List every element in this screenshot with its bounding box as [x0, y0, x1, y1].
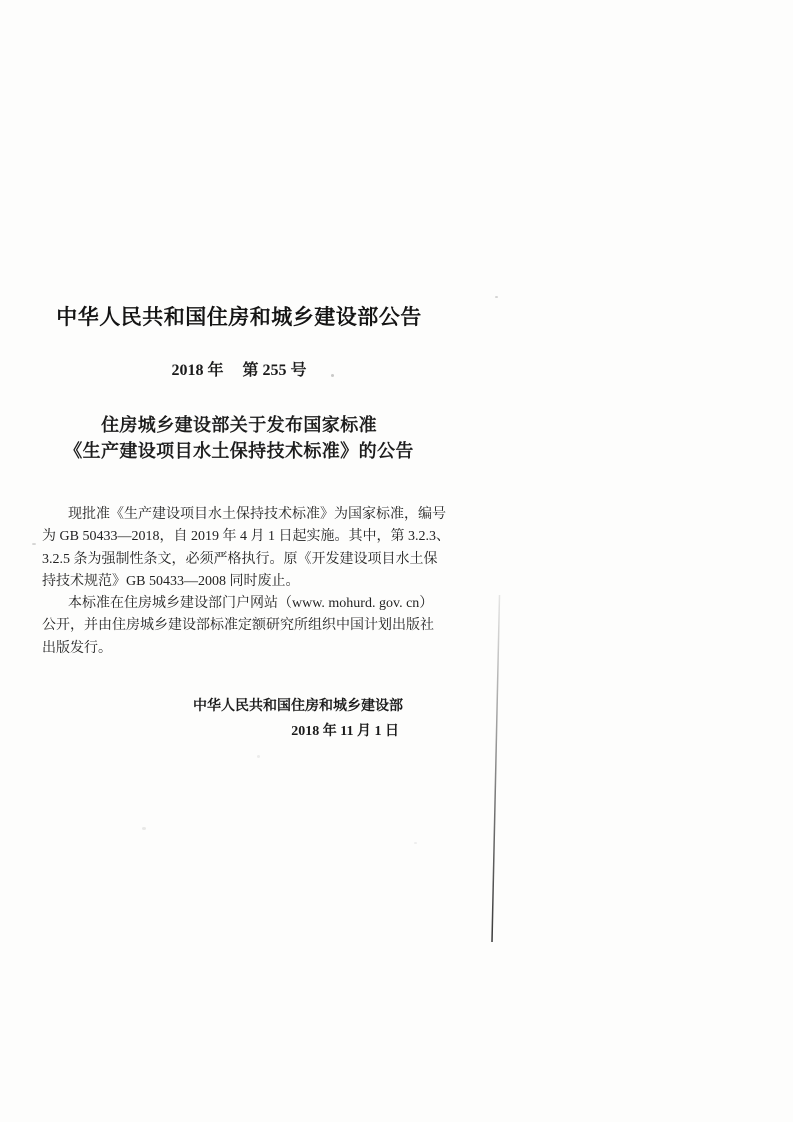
- body-line-6: 公开，并由住房城乡建设部标准定额研究所组织中国计划出版社: [42, 615, 436, 637]
- body-line-7: 出版发行。: [42, 638, 436, 660]
- notice-body: 现批准《生产建设项目水土保持技术标准》为国家标准，编号 为 GB 50433—2…: [42, 504, 436, 660]
- signature-block: 中华人民共和国住房和城乡建设部 2018 年 11 月 1 日: [42, 694, 403, 744]
- announcement-title: 中华人民共和国住房和城乡建设部公告: [42, 301, 436, 331]
- body-line-2: 为 GB 50433—2018，自 2019 年 4 月 1 日起实施。其中，第…: [42, 526, 436, 548]
- signing-authority: 中华人民共和国住房和城乡建设部: [42, 694, 403, 719]
- document-content-column: 中华人民共和国住房和城乡建设部公告 2018 年 第 255 号 住房城乡建设部…: [42, 0, 436, 1122]
- notice-subtitle-line-1: 住房城乡建设部关于发布国家标准: [42, 412, 436, 438]
- announcement-year: 2018 年: [171, 357, 223, 380]
- body-line-3: 3.2.5 条为强制性条文，必须严格执行。原《开发建设项目水土保: [42, 549, 436, 571]
- notice-subtitle-line-2: 《生产建设项目水土保持技术标准》的公告: [42, 438, 436, 464]
- scan-speck: [495, 296, 498, 298]
- scan-speck: [32, 543, 36, 545]
- scan-speck: [331, 374, 334, 377]
- notice-subtitle: 住房城乡建设部关于发布国家标准 《生产建设项目水土保持技术标准》的公告: [42, 412, 436, 464]
- scan-speck: [142, 827, 146, 830]
- scanned-document-page: 中华人民共和国住房和城乡建设部公告 2018 年 第 255 号 住房城乡建设部…: [0, 0, 793, 1122]
- signing-date: 2018 年 11 月 1 日: [42, 719, 403, 744]
- announcement-number: 第 255 号: [243, 357, 307, 380]
- body-line-4: 持技术规范》GB 50433—2008 同时废止。: [42, 571, 436, 593]
- body-line-5: 本标准在住房城乡建设部门户网站（www. mohurd. gov. cn）: [42, 593, 436, 615]
- body-line-1: 现批准《生产建设项目水土保持技术标准》为国家标准，编号: [42, 504, 436, 526]
- scan-speck: [257, 755, 260, 758]
- announcement-number-line: 2018 年 第 255 号: [42, 357, 436, 380]
- scan-speck: [414, 842, 417, 844]
